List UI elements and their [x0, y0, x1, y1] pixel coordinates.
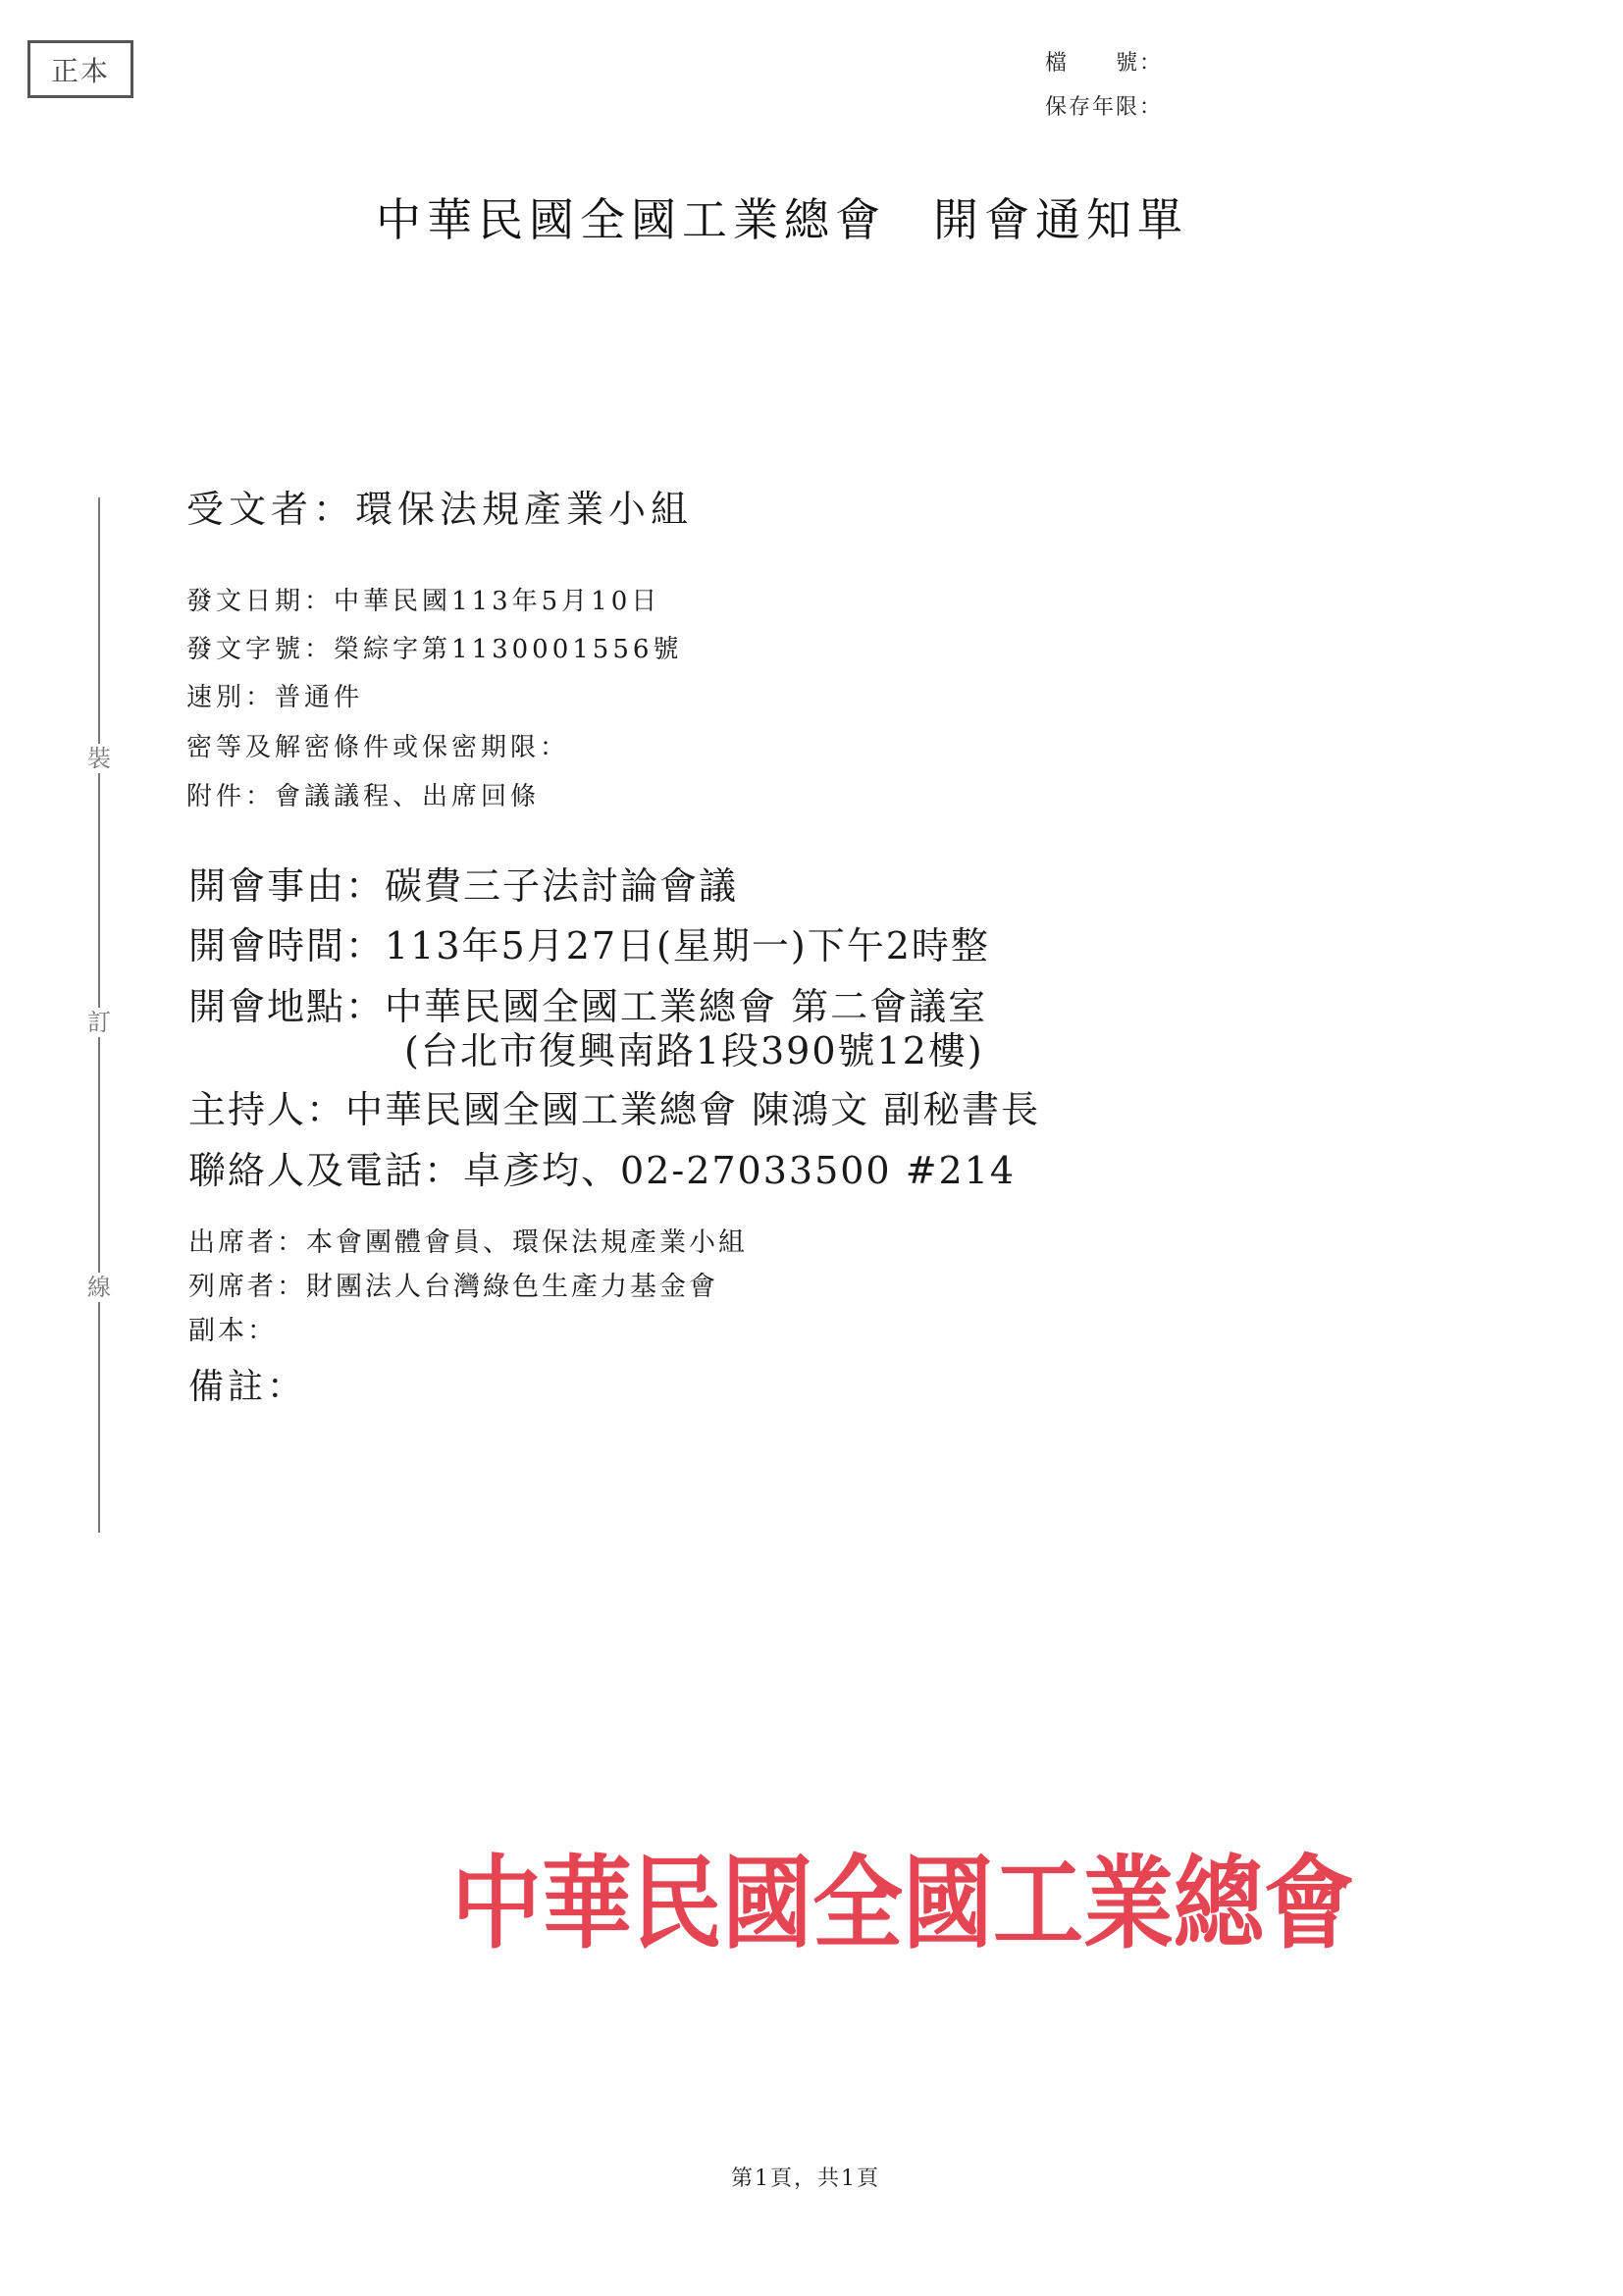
organization-seal: 中華民國全國工業總會: [451, 1823, 1354, 1968]
page-indicator: 第1頁，共1頁: [731, 2162, 880, 2192]
binding-char-xian: 線: [84, 1273, 114, 1302]
meeting-time: 開會時間：113年5月27日(星期一)下午2時整: [188, 915, 990, 969]
remarks: 備註：: [188, 1359, 306, 1409]
recipient: 受文者：環保法規產業小組: [186, 479, 693, 533]
meeting-address: (台北市復興南路1段390號12樓): [404, 1020, 984, 1074]
attachments: 附件：會議議程、出席回條: [186, 776, 540, 812]
priority: 速別：普通件: [186, 677, 363, 713]
observers: 列席者：財團法人台灣綠色生產力基金會: [188, 1265, 718, 1303]
title-organization: 中華民國全國工業總會: [376, 193, 886, 246]
carbon-copy: 副本：: [188, 1309, 277, 1347]
binding-char-zhuang: 裝: [84, 744, 114, 773]
reference-number: 發文字號：榮綜字第1130001556號: [186, 629, 682, 665]
copy-type-label: 正本: [51, 50, 110, 89]
document-title: 中華民國全國工業總會開會通知單: [376, 184, 1188, 249]
retention-period-field: 保存年限：: [1045, 90, 1163, 121]
contact-info: 聯絡人及電話：卓彥均、02-27033500 #214: [188, 1140, 1016, 1194]
issue-date: 發文日期：中華民國113年5月10日: [186, 581, 660, 617]
file-number-field: 檔號：: [1045, 46, 1163, 77]
classification: 密等及解密條件或保密期限：: [186, 727, 569, 763]
copy-type-stamp: 正本: [27, 40, 133, 98]
meeting-chair: 主持人：中華民國全國工業總會 陳鴻文 副秘書長: [188, 1079, 1040, 1133]
attendees: 出席者：本會團體會員、環保法規產業小組: [188, 1221, 748, 1259]
title-document-type: 開會通知單: [933, 193, 1188, 246]
binding-char-ding: 訂: [84, 1008, 114, 1037]
meeting-subject: 開會事由：碳費三子法討論會議: [188, 856, 738, 910]
